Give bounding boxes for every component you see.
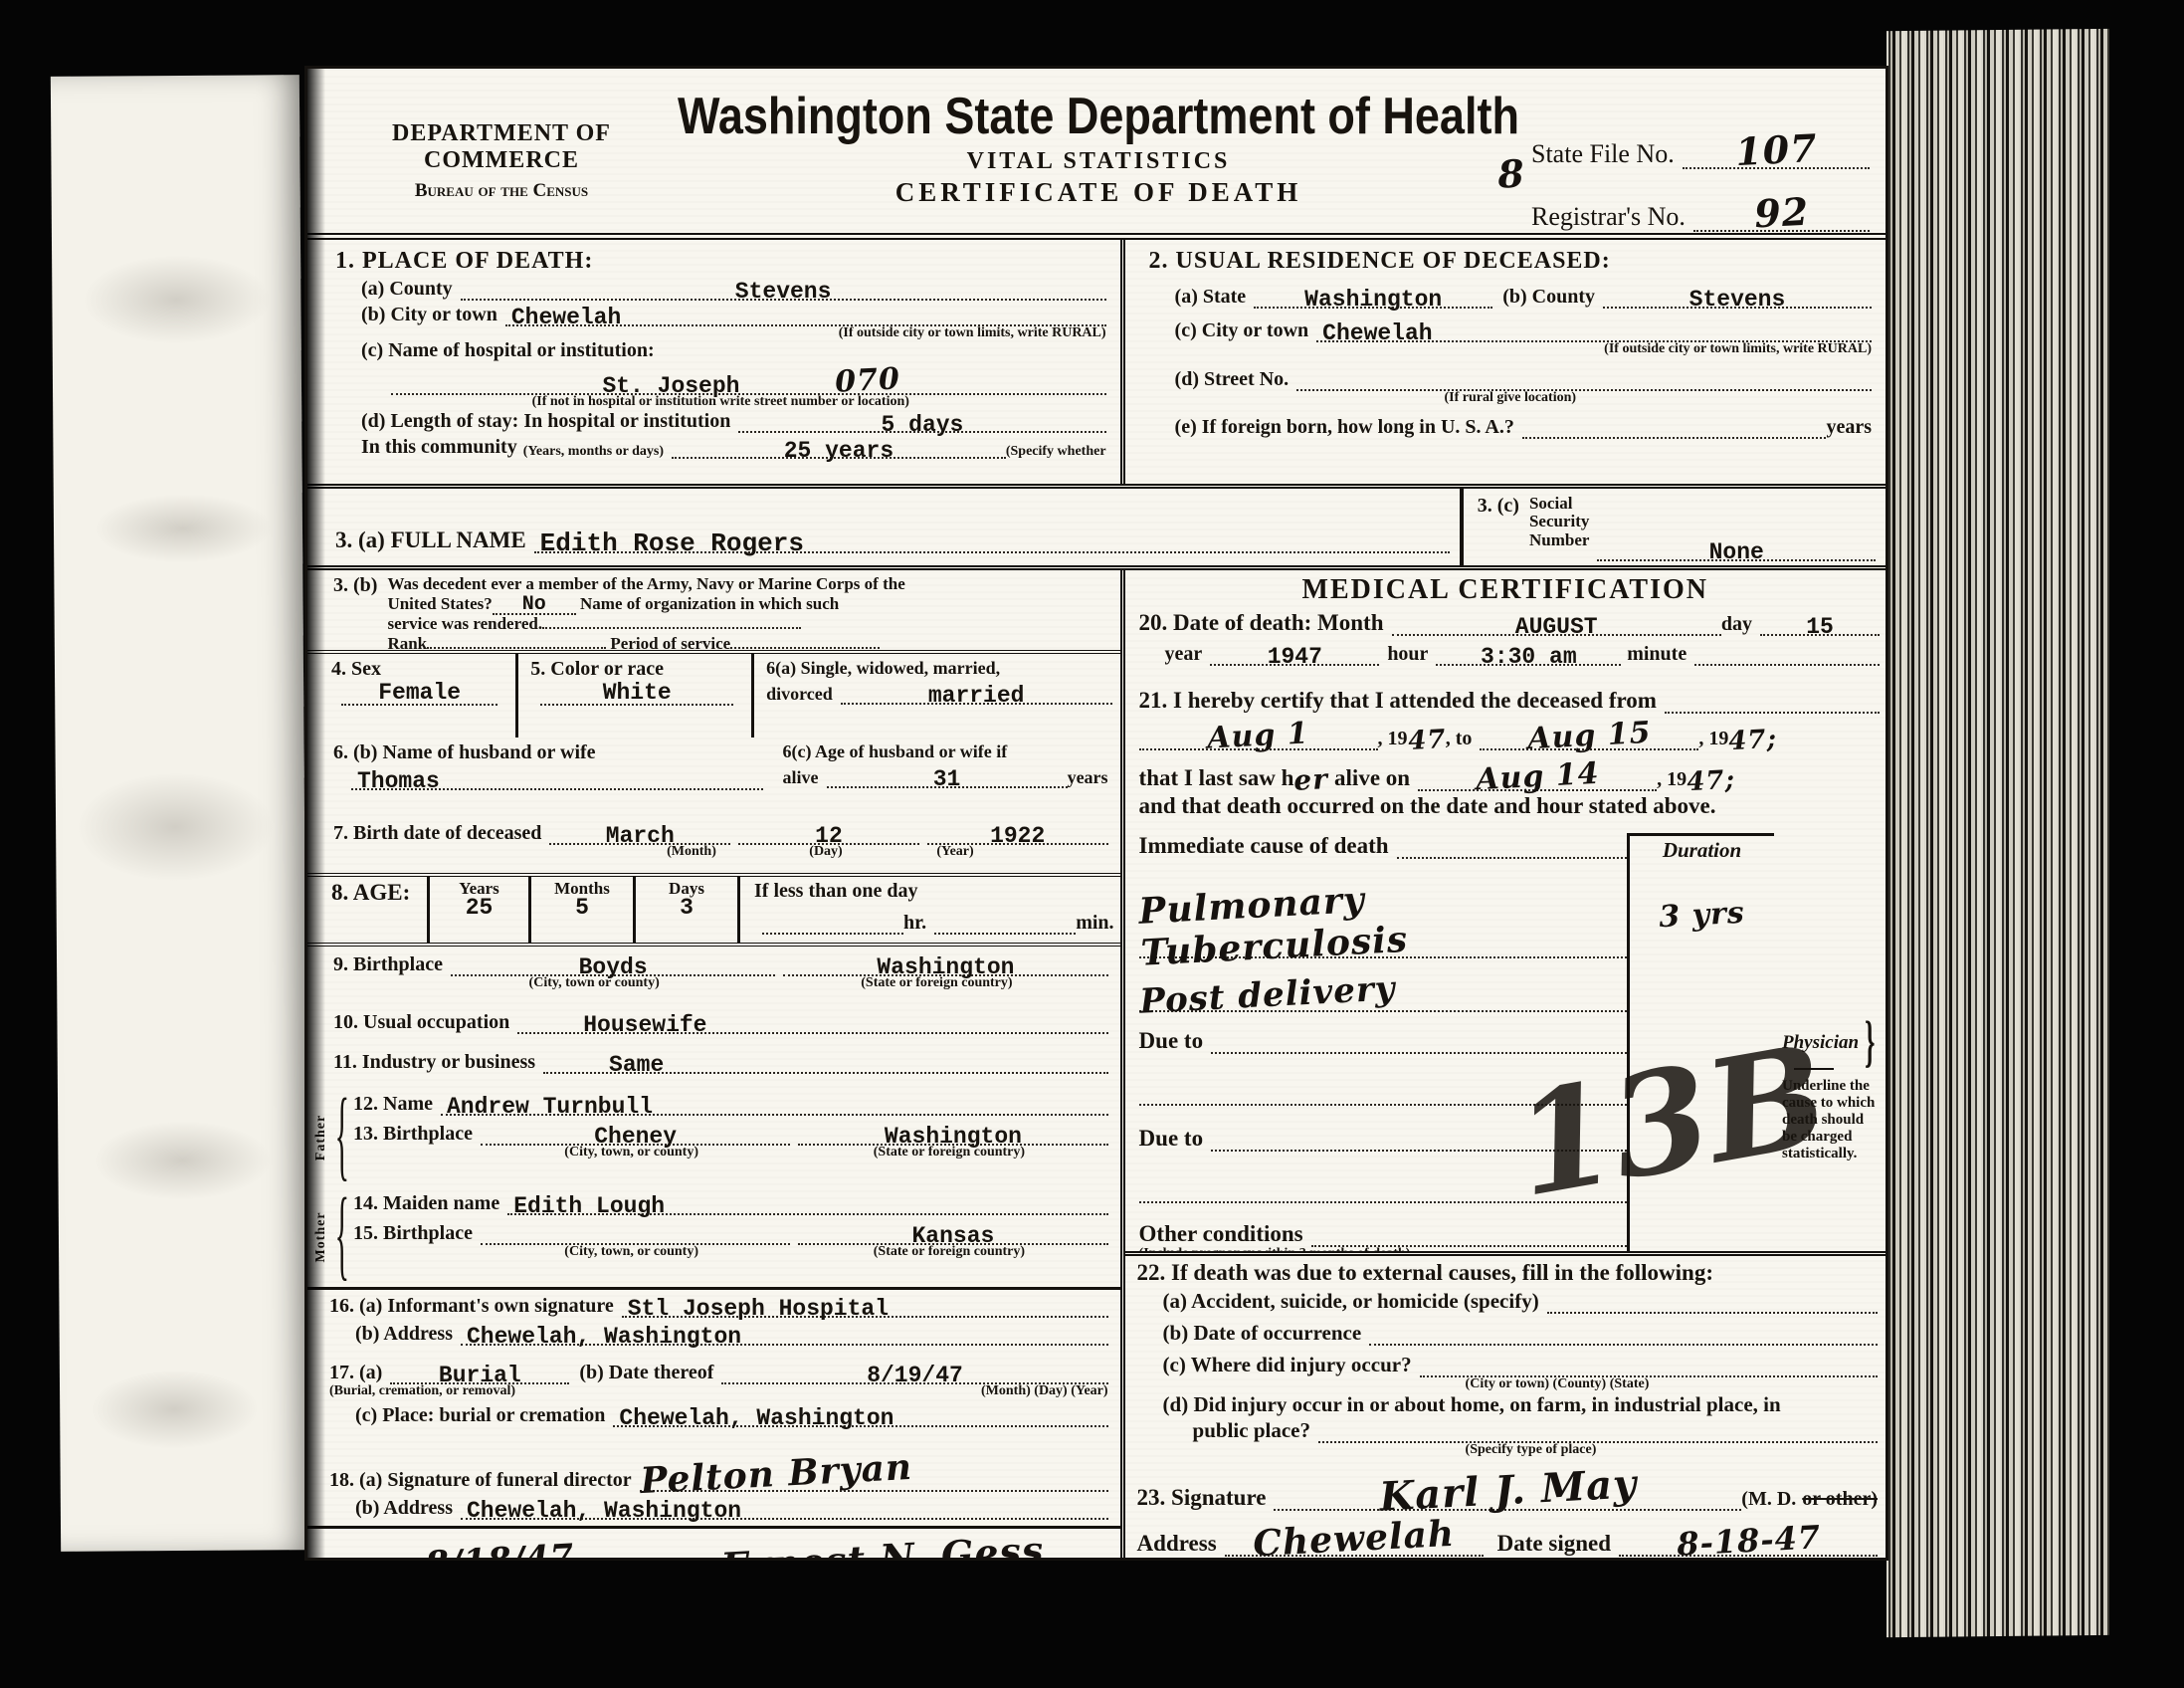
foreign-born-suffix: years xyxy=(1826,416,1872,439)
date-of-death-day-label: day xyxy=(1721,613,1752,636)
industry-value: Same xyxy=(603,1055,670,1076)
left-column: 3. (b) Was decedent ever a member of the… xyxy=(307,570,1125,1558)
birthplace-city: Boyds xyxy=(573,957,654,978)
age-table: 8. AGE: Years 25 Months 5 Days 3 If less… xyxy=(307,873,1120,947)
ssn-label: Social Security Number xyxy=(1529,495,1589,561)
lastsaw-year3: 47; xyxy=(1687,765,1736,798)
mother-name-value: Edith Lough xyxy=(507,1196,671,1217)
injury-where-sub: (City or town) (County) (State) xyxy=(1137,1377,1878,1392)
lastsaw-her: er xyxy=(1293,762,1329,797)
md-or-other-struck: or other) xyxy=(1802,1488,1878,1511)
bleedthrough-smudge xyxy=(93,1120,273,1200)
birthplace-state: Washington xyxy=(871,957,1020,978)
physician-address-value: Chewelah xyxy=(1253,1513,1457,1558)
residence-city-note: (If outside city or town limits, write R… xyxy=(1149,342,1872,357)
burial-place-value: Chewelah, Washington xyxy=(613,1408,899,1429)
date-of-death-hour-label: hour xyxy=(1387,643,1428,666)
father-birthplace-state: Washington xyxy=(879,1127,1028,1148)
attended-year1: 47 xyxy=(1407,725,1447,756)
birthdate-month: March xyxy=(600,826,681,847)
marital-cell: 6(a) Single, widowed, married, divorced … xyxy=(754,654,1119,738)
ssn-label-2: Security xyxy=(1529,512,1589,530)
section-attended: 21. I hereby certify that I attended the… xyxy=(1125,686,1886,833)
sex-value: Female xyxy=(372,680,467,706)
date-of-death-year-label: year xyxy=(1165,643,1203,666)
registrar-no-label: Registrar's No. xyxy=(1531,202,1686,232)
state-file-value: 107 xyxy=(1734,125,1819,174)
military-line1: Was decedent ever a member of the Army, … xyxy=(387,574,904,593)
row-occupation: 10. Usual occupation Housewife xyxy=(307,1008,1120,1048)
military-num: 3. (b) xyxy=(333,574,377,650)
file-number-block: 8 State File No. 107 Registrar's No. 92 xyxy=(1531,91,1870,227)
race-value: White xyxy=(597,680,678,706)
section-usual-residence: 2. USUAL RESIDENCE OF DECEASED: (a) Stat… xyxy=(1125,240,1886,484)
age-less-label: If less than one day xyxy=(754,880,1114,903)
community-sub: (Years, months or days) xyxy=(523,445,664,460)
father-name-label: 12. Name xyxy=(353,1093,433,1116)
row-place-residence: 1. PLACE OF DEATH: (a) County Stevens (b… xyxy=(307,240,1886,489)
length-of-stay-label: (d) Length of stay: In hospital or insti… xyxy=(361,410,730,433)
section-date-of-death: 20. Date of death: Month AUGUST day 15 y… xyxy=(1125,608,1886,686)
funeral-address-label: (b) Address xyxy=(355,1497,453,1520)
funeral-address-value: Chewelah, Washington xyxy=(461,1501,747,1522)
ssn-label-1: Social xyxy=(1529,494,1572,513)
community-label: In this community xyxy=(361,436,517,459)
informant-address-value: Chewelah, Washington xyxy=(461,1327,747,1348)
subtitle-vital-statistics: VITAL STATISTICS xyxy=(666,148,1531,175)
ssn-label-3: Number xyxy=(1529,530,1589,549)
due-to-1-label: Due to xyxy=(1139,1028,1204,1054)
birthdate-label: 7. Birth date of deceased xyxy=(333,822,541,845)
father-brace: { xyxy=(335,1088,349,1187)
row-birthplace: 9. Birthplace Boyds Washington (City, to… xyxy=(307,947,1120,1008)
informant-address-label: (b) Address xyxy=(355,1323,453,1346)
burial-date-label: (b) Date thereof xyxy=(579,1362,713,1384)
husband-label: 6. (b) Name of husband or wife xyxy=(333,741,783,764)
industry-label: 11. Industry or business xyxy=(333,1051,535,1074)
section-registrar: 19. (a) 8/18/47 (b) Ernest N. Gess (Date… xyxy=(307,1526,1120,1558)
date-received-value: 8/18/47 xyxy=(425,1537,576,1558)
section-military: 3. (b) Was decedent ever a member of the… xyxy=(307,570,1120,650)
sex-label: 4. Sex xyxy=(331,658,507,681)
burial-place-label: (c) Place: burial or cremation xyxy=(355,1404,605,1427)
county-label: (a) County xyxy=(361,278,453,301)
registrar-no-value: 92 xyxy=(1753,189,1810,237)
full-name-line: 3. (a) FULL NAME Edith Rose Rogers xyxy=(307,489,1460,565)
section-informant: 16. (a) Informant's own signature Stl Jo… xyxy=(307,1287,1120,1357)
race-cell: 5. Color or race White xyxy=(518,654,754,738)
marital-label2: divorced xyxy=(766,684,833,705)
street-no-note: (If rural give location) xyxy=(1149,391,1872,406)
birthdate-year: 1922 xyxy=(984,826,1051,847)
residence-county-value: Stevens xyxy=(1684,290,1792,311)
row-industry: 11. Industry or business Same xyxy=(307,1048,1120,1088)
section-physician-signature: 23. Signature Karl J. May (M. D. or othe… xyxy=(1125,1462,1886,1558)
birthplace-label: 9. Birthplace xyxy=(333,953,443,976)
father-bp-sub1: (City, town, or county) xyxy=(353,1146,790,1160)
due-to-2-label: Due to xyxy=(1139,1126,1204,1152)
mother-brace: { xyxy=(335,1187,349,1287)
section-burial: 17. (a) Burial (b) Date thereof 8/19/47 … xyxy=(307,1357,1120,1448)
foreign-born-label: (e) If foreign born, how long in U. S. A… xyxy=(1175,416,1514,439)
father-side-label: Father xyxy=(313,1115,329,1160)
military-period-label: Period of service xyxy=(610,634,730,650)
date-of-death-hour: 3:30 am xyxy=(1475,647,1583,668)
city-label: (b) City or town xyxy=(361,304,497,326)
date-of-death-year: 1947 xyxy=(1262,647,1328,668)
military-line3: service was rendered. xyxy=(387,614,542,633)
injury-home-label2: public place? xyxy=(1193,1418,1310,1443)
department-block: DEPARTMENT OF COMMERCE Bureau of the Cen… xyxy=(337,91,666,227)
ssn-num: 3. (c) xyxy=(1478,495,1519,561)
page-stack-edges xyxy=(1886,29,2109,1637)
age-if-alive-suffix: years xyxy=(1068,767,1108,788)
lastsaw-date: Aug 14 xyxy=(1475,756,1600,797)
attended-line1: 21. I hereby certify that I attended the… xyxy=(1139,688,1657,714)
external-causes-title: 22. If death was due to external causes,… xyxy=(1137,1260,1878,1286)
bleedthrough-smudge xyxy=(76,771,276,882)
registrar-signature: Ernest N. Gess xyxy=(719,1528,1045,1558)
age-days-cell: Days 3 xyxy=(636,877,740,943)
age-months-cell: Months 5 xyxy=(531,877,636,943)
race-label: 5. Color or race xyxy=(530,658,743,681)
death-certificate: DEPARTMENT OF COMMERCE Bureau of the Cen… xyxy=(304,66,1888,1561)
full-name-label: 3. (a) FULL NAME xyxy=(335,527,526,553)
age-days-value: 3 xyxy=(674,895,699,921)
father-birthplace-label: 13. Birthplace xyxy=(353,1123,473,1146)
stray-pen-mark: 8 xyxy=(1496,150,1526,196)
date-of-death-day: 15 xyxy=(1800,617,1840,638)
sex-cell: 4. Sex Female xyxy=(307,654,518,738)
mother-birthplace-label: 15. Birthplace xyxy=(353,1222,473,1245)
birthplace-sub1: (City, town or county) xyxy=(333,976,765,991)
age-months-value: 5 xyxy=(569,895,595,921)
injury-home-sub: (Specify type of place) xyxy=(1137,1443,1878,1458)
residence-state-label: (a) State xyxy=(1175,286,1247,309)
registrar-row-num: 19. (a) xyxy=(329,1555,382,1558)
residence-title: 2. USUAL RESIDENCE OF DECEASED: xyxy=(1149,248,1872,275)
burial-date-sub: (Month) (Day) (Year) xyxy=(515,1384,1108,1399)
lastsaw-label: that I last saw h xyxy=(1139,765,1294,791)
husband-value: Thomas xyxy=(351,771,446,792)
residence-city-value: Chewelah xyxy=(1316,323,1438,344)
injury-home-label1: (d) Did injury occur in or about home, o… xyxy=(1137,1392,1878,1417)
occupation-label: 10. Usual occupation xyxy=(333,1011,509,1034)
attended-from: Aug 1 xyxy=(1207,716,1310,755)
military-line2b: Name of organization in which such xyxy=(580,594,839,613)
row-main-columns: 3. (b) Was decedent ever a member of the… xyxy=(307,570,1886,1558)
date-of-death-minute-label: minute xyxy=(1627,643,1687,666)
burial-type-value: Burial xyxy=(433,1366,527,1386)
death-occurred-line: and that death occurred on the date and … xyxy=(1139,793,1880,819)
attended-19b: , 19 xyxy=(1698,728,1728,750)
registrar-sig-b-label: (b) xyxy=(623,1555,647,1558)
section-funeral-director: 18. (a) Signature of funeral director Pe… xyxy=(307,1448,1120,1526)
marital-label1: 6(a) Single, widowed, married, xyxy=(766,658,1111,679)
mother-side-label: Mother xyxy=(313,1211,329,1262)
state-file-label: State File No. xyxy=(1531,139,1675,169)
department-line2: Bureau of the Census xyxy=(337,180,666,202)
ssn-value: None xyxy=(1703,542,1770,563)
md-label: (M. D. xyxy=(1741,1488,1796,1511)
row-fullname-ssn: 3. (a) FULL NAME Edith Rose Rogers 3. (c… xyxy=(307,489,1886,570)
community-note: (Specify whether xyxy=(1006,445,1106,460)
date-signed-label: Date signed xyxy=(1497,1531,1611,1557)
bleedthrough-smudge xyxy=(94,493,273,563)
age-less-than-day-cell: If less than one day hr. min. xyxy=(740,877,1120,943)
date-signed-value: 8-18-47 xyxy=(1676,1518,1822,1558)
mother-bp-sub1: (City, town, or county) xyxy=(353,1245,790,1260)
medical-certification-title: MEDICAL CERTIFICATION xyxy=(1125,570,1886,608)
father-birthplace-city: Cheney xyxy=(588,1127,683,1148)
marital-value: married xyxy=(922,686,1031,707)
county-value: Stevens xyxy=(729,282,838,303)
military-rank-label: Rank xyxy=(387,634,427,650)
attended-19a: , 19 xyxy=(1378,728,1408,750)
duration-label: Duration xyxy=(1632,838,1772,863)
certificate-header: DEPARTMENT OF COMMERCE Bureau of the Cen… xyxy=(307,69,1886,240)
military-line2a: United States? xyxy=(387,594,492,613)
hospital-handwritten-number: 070 xyxy=(835,361,901,399)
duration-value: 3 yrs xyxy=(1659,896,1746,935)
row-birthdate: 7. Birth date of deceased March 12 1922 … xyxy=(307,817,1120,873)
birthdate-day: 12 xyxy=(809,826,849,847)
age-hr-label: hr. xyxy=(903,912,926,935)
date-of-death-month: AUGUST xyxy=(1509,617,1604,638)
immediate-cause-label: Immediate cause of death xyxy=(1139,833,1389,859)
row-sex-race-marital: 4. Sex Female 5. Color or race White 6(a… xyxy=(307,650,1120,738)
community-value: 25 years xyxy=(778,441,899,462)
row-husband-age: 6. (b) Name of husband or wife Thomas 6(… xyxy=(307,738,1120,817)
other-conditions-label: Other conditions xyxy=(1139,1221,1303,1247)
length-of-stay-value: 5 days xyxy=(876,415,970,436)
street-no-label: (d) Street No. xyxy=(1175,368,1290,391)
department-line1: DEPARTMENT OF COMMERCE xyxy=(337,120,666,174)
city-value: Chewelah xyxy=(505,308,627,328)
mother-name-label: 14. Maiden name xyxy=(353,1192,499,1215)
mother-birthplace-state: Kansas xyxy=(906,1226,1001,1247)
residence-county-label: (b) County xyxy=(1502,286,1595,309)
immediate-cause-value: Pulmonary Tuberculosis xyxy=(1137,865,1629,974)
mother-block: Mother { 14. Maiden name Edith Lough 15.… xyxy=(307,1187,1120,1287)
injury-where-label: (c) Where did injury occur? xyxy=(1163,1353,1412,1377)
place-of-death-title: 1. PLACE OF DEATH: xyxy=(335,248,1106,275)
full-name-value: Edith Rose Rogers xyxy=(534,532,810,555)
residence-state-value: Washington xyxy=(1298,290,1448,311)
age-if-alive-label1: 6(c) Age of husband or wife if xyxy=(783,741,1108,762)
right-column: 13B MEDICAL CERTIFICATION 20. Date of de… xyxy=(1125,570,1886,1558)
lastsaw-19c: , 19 xyxy=(1657,768,1687,791)
bleedthrough-smudge xyxy=(82,254,272,344)
hospital-value: St. Joseph xyxy=(596,376,745,397)
father-name-value: Andrew Turnbull xyxy=(441,1097,659,1118)
age-min-label: min. xyxy=(1076,912,1113,935)
age-years-cell: Years 25 xyxy=(427,877,531,943)
age-if-alive-label2: alive xyxy=(783,767,819,788)
date-of-death-label: 20. Date of death: Month xyxy=(1139,610,1384,636)
lastsaw-aliveon: alive on xyxy=(1334,765,1410,791)
military-answer: No xyxy=(516,593,552,616)
accident-label: (a) Accident, suicide, or homicide (spec… xyxy=(1163,1289,1539,1314)
page-title: Washington State Department of Health xyxy=(666,87,1531,146)
occurrence-date-label: (b) Date of occurrence xyxy=(1163,1321,1362,1346)
burial-date-value: 8/19/47 xyxy=(861,1366,969,1386)
attended-year2: 47; xyxy=(1728,725,1778,757)
signature-label: 23. Signature xyxy=(1137,1485,1267,1511)
age-if-alive-value: 31 xyxy=(927,769,967,790)
title-block: Washington State Department of Health VI… xyxy=(666,91,1531,227)
informant-signature-value: Stl Joseph Hospital xyxy=(622,1299,894,1320)
attended-to-label: , to xyxy=(1446,728,1473,750)
informant-signature-label: 16. (a) Informant's own signature xyxy=(329,1295,614,1318)
physician-brace: } xyxy=(1865,1010,1875,1076)
previous-page-back xyxy=(51,75,309,1552)
bleedthrough-smudge xyxy=(90,1369,260,1449)
immediate-cause-value2: Post delivery xyxy=(1138,968,1396,1021)
father-block: Father { 12. Name Andrew Turnbull 13. Bi… xyxy=(307,1088,1120,1187)
residence-city-label: (c) City or town xyxy=(1175,319,1309,342)
physician-signature: Karl J. May xyxy=(1378,1462,1638,1521)
section-place-of-death: 1. PLACE OF DEATH: (a) County Stevens (b… xyxy=(307,240,1125,484)
section-external-causes: 22. If death was due to external causes,… xyxy=(1125,1251,1886,1462)
occupation-value: Housewife xyxy=(577,1015,712,1036)
subtitle-certificate-of-death: CERTIFICATE OF DEATH xyxy=(666,177,1531,208)
burial-num: 17. (a) xyxy=(329,1362,382,1384)
attended-to: Aug 15 xyxy=(1527,716,1653,756)
ssn-box: 3. (c) Social Security Number None xyxy=(1460,489,1886,565)
physician-address-label: Address xyxy=(1137,1531,1217,1557)
age-label: 8. AGE: xyxy=(307,877,427,943)
funeral-director-label: 18. (a) Signature of funeral director xyxy=(329,1469,632,1492)
age-years-value: 25 xyxy=(460,895,499,921)
